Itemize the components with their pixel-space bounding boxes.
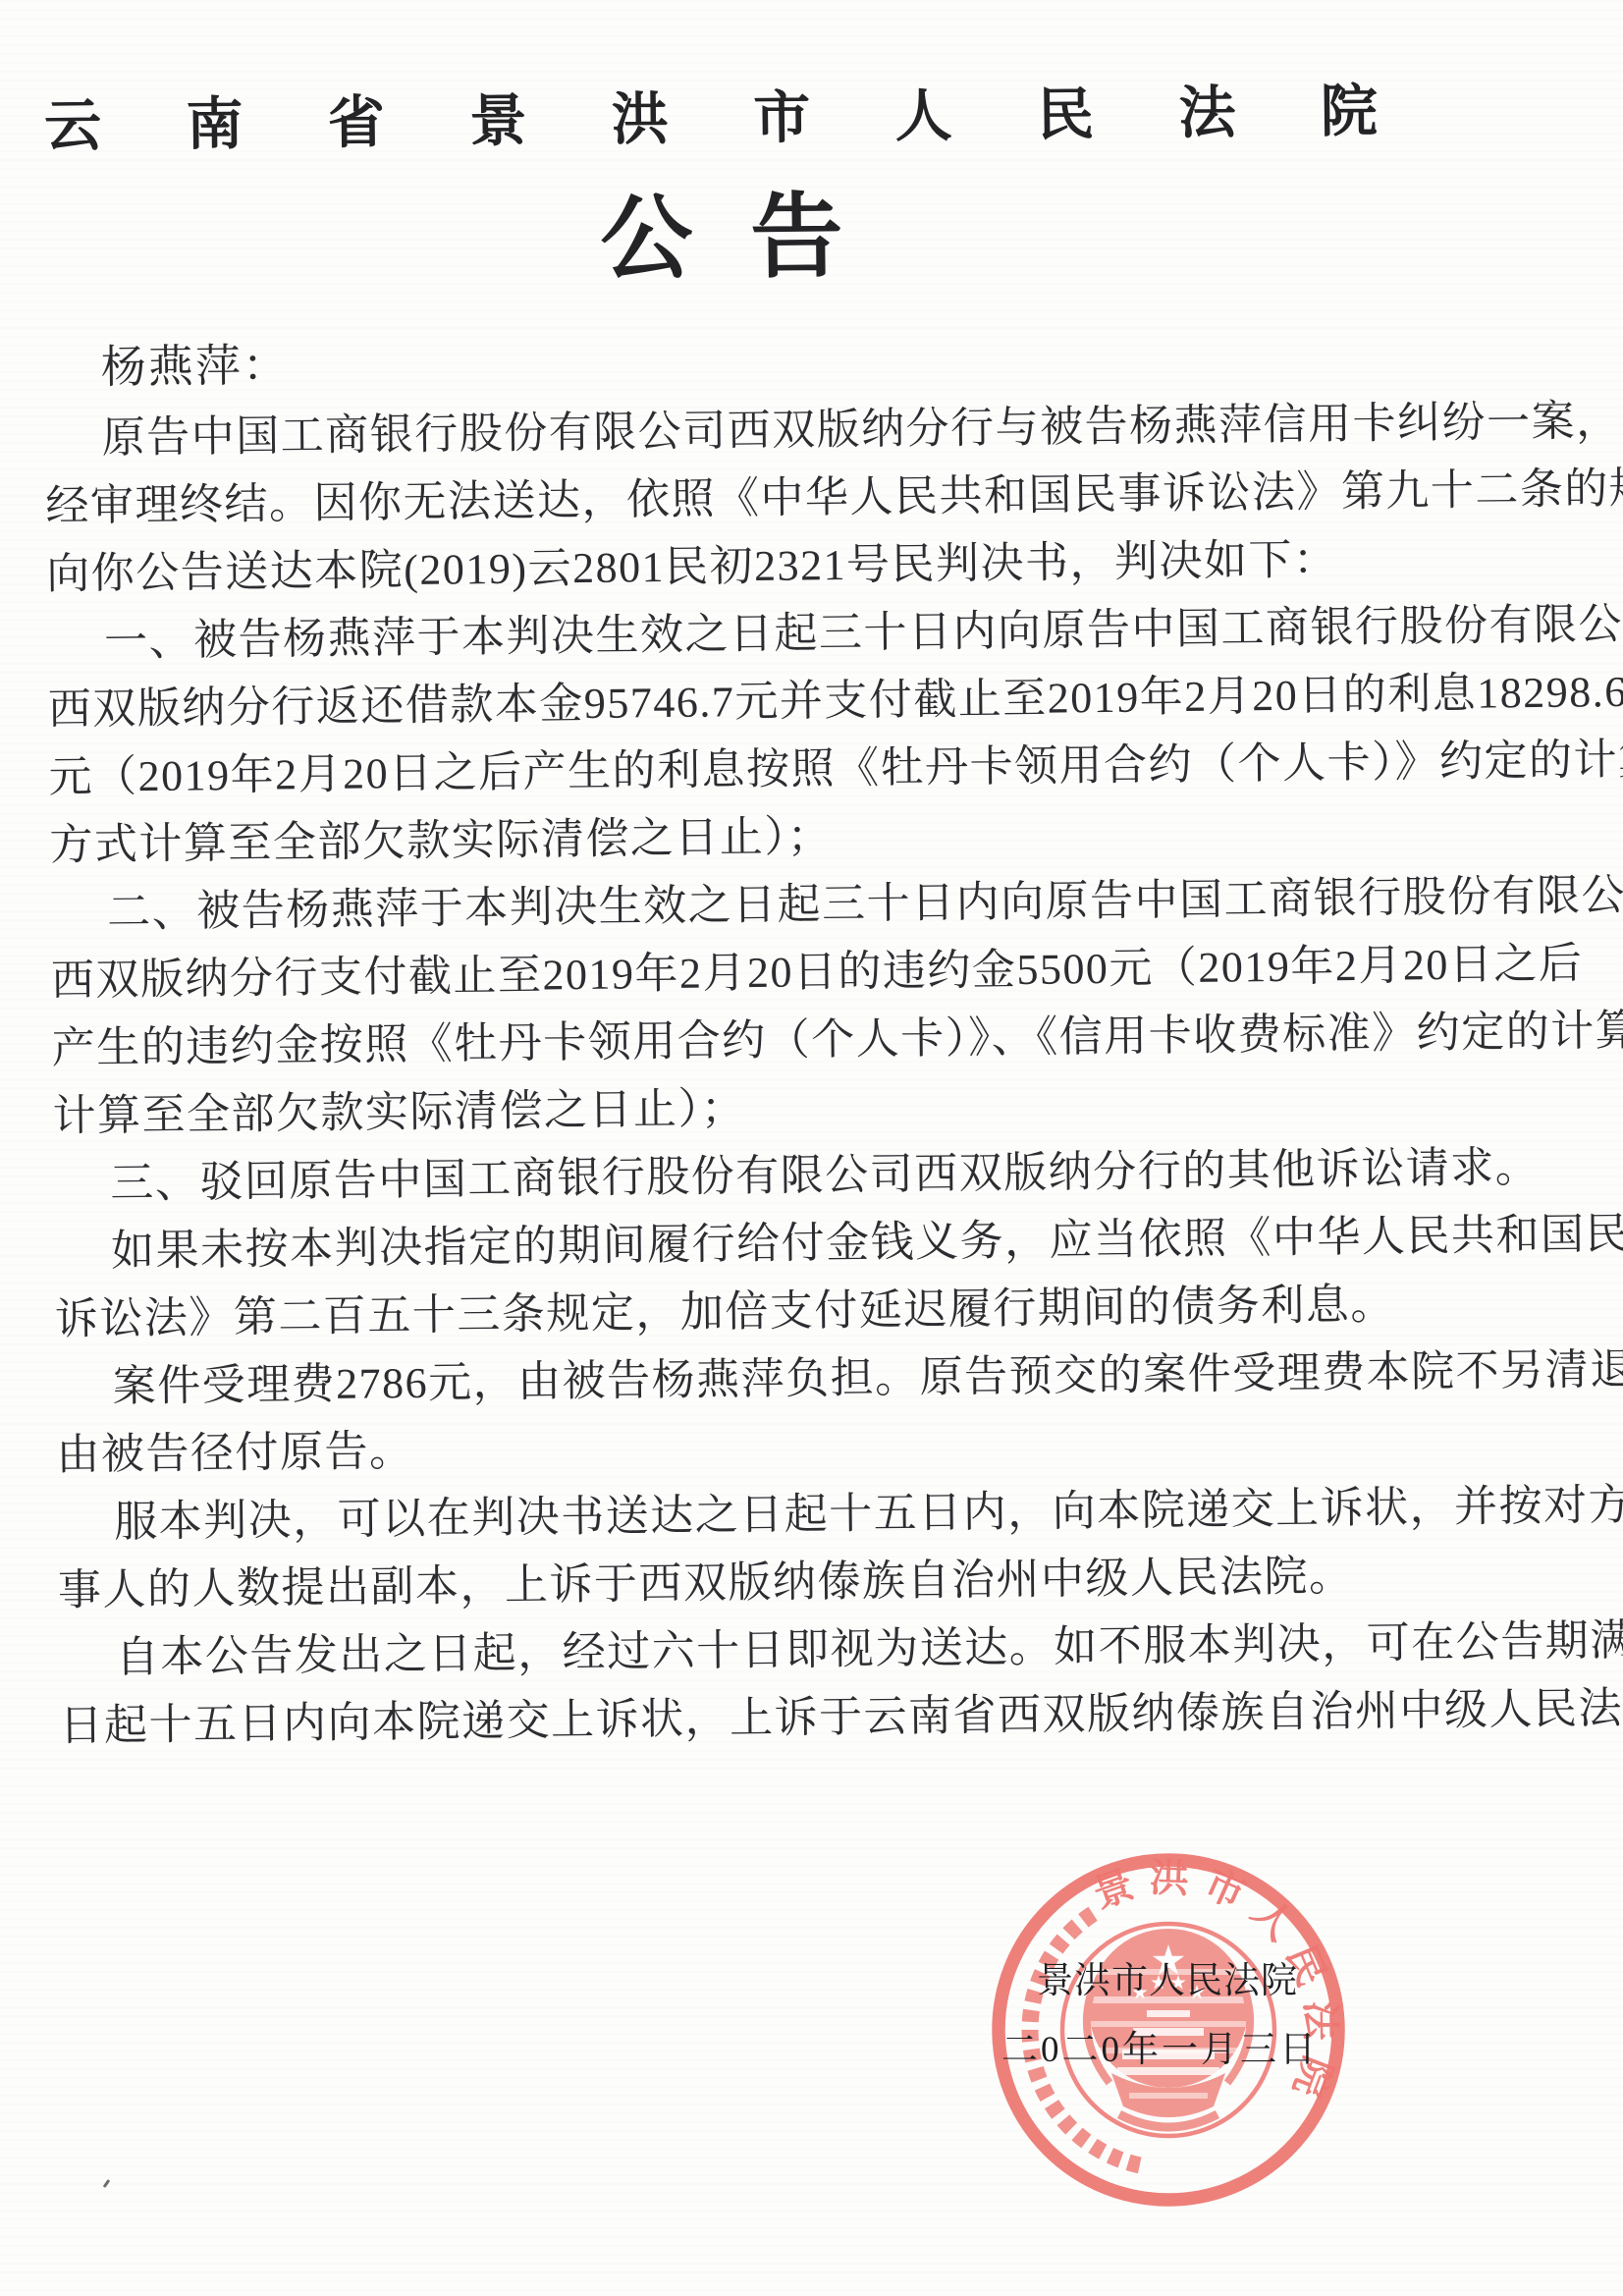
court-title-char: 民 bbox=[1037, 86, 1095, 144]
court-title-char: 省 bbox=[328, 94, 386, 152]
court-title-char: 景 bbox=[469, 93, 527, 151]
seal-date: 二0二0年一月三日 bbox=[1001, 2019, 1319, 2072]
notice-title: 公告 bbox=[600, 191, 901, 286]
recipient-name: 杨燕萍： bbox=[101, 341, 291, 393]
notice-body: 原告中国工商银行股份有限公司西双版纳分行与被告杨燕萍信用卡纠纷一案，已 经审理终… bbox=[44, 388, 1572, 1760]
court-title: 云南省景洪市人民法院 bbox=[44, 83, 1379, 155]
court-title-char: 院 bbox=[1321, 83, 1379, 141]
court-notice-page: 云南省景洪市人民法院 公告 杨燕萍： 原告中国工商银行股份有限公司西双版纳分行与… bbox=[0, 0, 1623, 2296]
court-title-char: 南 bbox=[186, 96, 243, 154]
seal-court-name: 景洪市人民法院 bbox=[1037, 1950, 1298, 2003]
court-title-char: 市 bbox=[753, 89, 811, 147]
court-title-char: 人 bbox=[894, 88, 952, 146]
court-title-char: 云 bbox=[44, 98, 102, 156]
court-title-char: 洪 bbox=[611, 91, 669, 149]
court-title-char: 法 bbox=[1178, 84, 1236, 142]
